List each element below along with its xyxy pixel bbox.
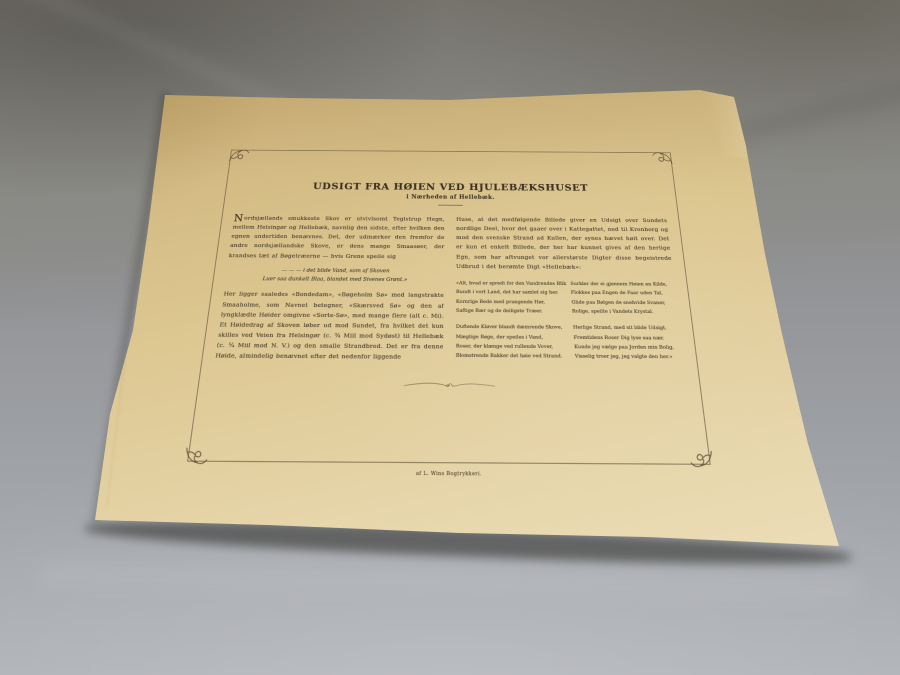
paragraph-1: Nordsjællands smukkeste Skov er utvivlso… [228, 214, 445, 262]
verse-line: Kornrige Bede med prangende Hør, [456, 298, 562, 308]
plate-title: UDSIGT FRA HØIEN VED HJULEBÆKSHUSET [232, 181, 670, 194]
poem-column-2: Surkler der ei gjennem Høien en Kilde, F… [570, 280, 685, 370]
verse-line: Glide paa Bølgen de snehvide Svaner, [571, 298, 677, 308]
verse-line: Herlige Strand, med sit blide Udsigt, [573, 324, 681, 334]
paragraph-1-text: ordsjællands smukkeste Skov er utvivlsom… [228, 216, 444, 260]
corner-flourish-icon [650, 151, 674, 166]
printed-area: UDSIGT FRA HØIEN VED HJULEBÆKSHUSET i Næ… [187, 150, 711, 465]
corner-flourish-icon [687, 448, 716, 469]
stanza: Surkler der ei gjennem Høien en Kilde, F… [570, 280, 679, 317]
paragraph-3: Huse, at det medfølgende Billede giver e… [456, 215, 673, 273]
quote-line: Luer saa dunkelt Blaa, blandet med Siven… [225, 275, 444, 285]
stanza: Herlige Strand, med sit blide Udsigt, Fr… [573, 324, 684, 363]
verse-line: Blomstrende Bakker det høie ved Strand. [456, 352, 565, 362]
left-column: Nordsjællands smukkeste Skov er utvivlso… [214, 214, 445, 369]
verse-line: Fremtidens Roser Dig lyse saa nær. [573, 333, 681, 343]
printer-imprint: af L. Wins Bogtrykkeri. [416, 471, 482, 477]
title-rule [438, 205, 463, 206]
verse-line: Mægtige Bøge, der speiles i Vand, [456, 333, 564, 343]
poem-block: «Alt, hvad er spredt for den Vandrendes … [456, 279, 685, 370]
stanza: Duftende Kløver blandt dæmrende Skove, M… [456, 323, 565, 362]
verse-line: Saftige Bær og de deiligste Træer. [456, 307, 562, 317]
corner-flourish-icon [227, 148, 251, 163]
text-columns: Nordsjællands smukkeste Skov er utvivlso… [201, 214, 697, 370]
verse-line: Flokkes paa Engen de Faar uden Tal, [571, 289, 677, 299]
verse-line: Duftende Kløver blandt dæmrende Skove, [456, 323, 563, 333]
paragraph-2: Her ligger saaledes «Bondedam», «Bøgehol… [215, 290, 444, 364]
verse-line: Rolige, speilte i Vandets Krystal. [572, 307, 679, 317]
verse-line: Visselig troer jeg, jeg valgte den her.» [575, 352, 685, 362]
tail-flourish-icon [400, 380, 499, 390]
photograph-of-antique-print: UDSIGT FRA HØIEN VED HJULEBÆKSHUSET i Næ… [0, 0, 900, 675]
poem-column-1: «Alt, hvad er spredt for den Vandrendes … [456, 279, 565, 369]
verse-quote: — — — i det blide Vand, som af Skoven Lu… [225, 266, 444, 285]
drop-initial: N [233, 215, 243, 222]
right-column: Huse, at det medfølgende Billede giver e… [456, 215, 685, 370]
corner-flourish-icon [182, 445, 211, 466]
verse-line: Rundt i vort Land, det har samlet sig he… [456, 288, 561, 298]
stanza: «Alt, hvad er spredt for den Vandrendes … [456, 279, 562, 316]
plate-subtitle: i Nærheden af Hellebæk. [225, 193, 676, 202]
